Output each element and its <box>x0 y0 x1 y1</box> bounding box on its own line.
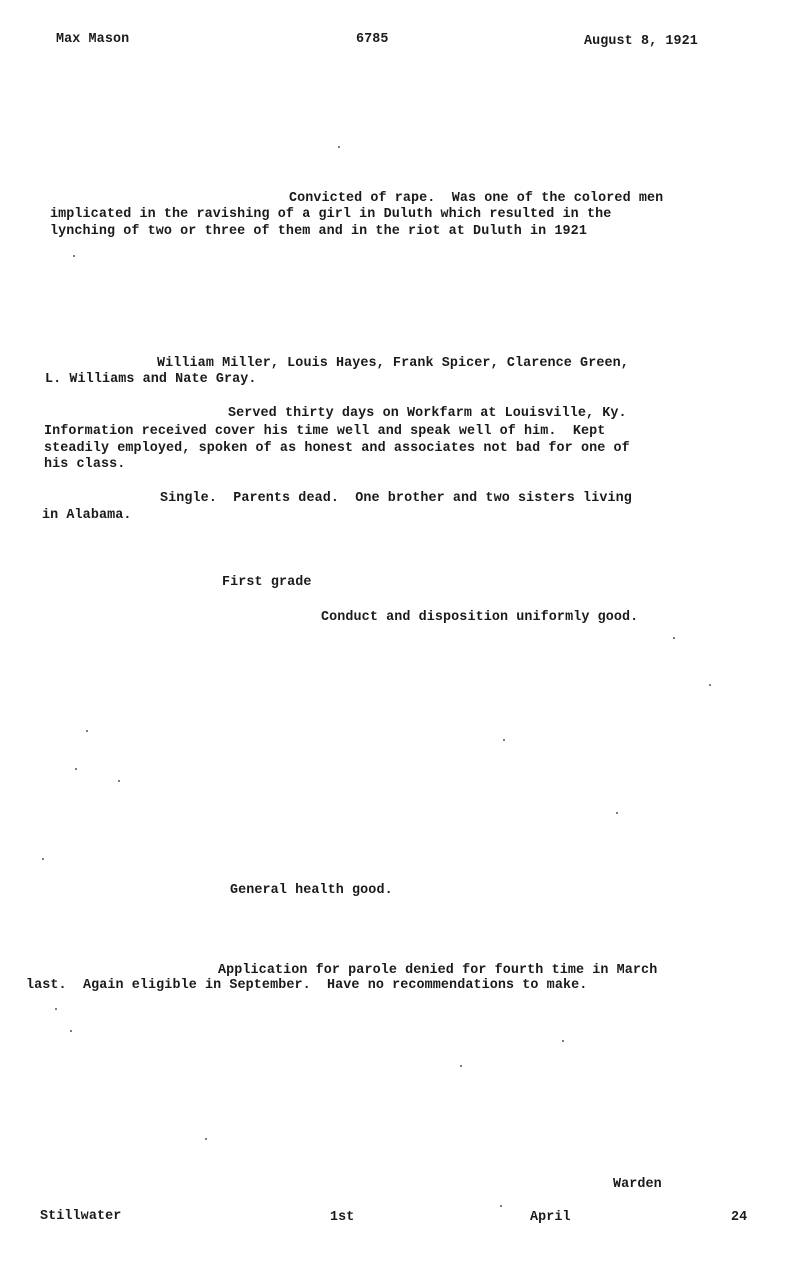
inmate-name: Max Mason <box>56 31 129 48</box>
record-line-4: his class. <box>44 456 125 473</box>
scan-speck <box>616 812 618 814</box>
scan-speck <box>70 1030 72 1032</box>
scan-speck <box>55 1008 57 1010</box>
record-line-2: Information received cover his time well… <box>44 423 605 440</box>
scan-speck <box>460 1065 462 1067</box>
parole-line-2: last. Again eligible in September. Have … <box>26 977 587 994</box>
associates-line-1: William Miller, Louis Hayes, Frank Spice… <box>157 355 629 372</box>
record-line-3: steadily employed, spoken of as honest a… <box>44 440 630 457</box>
family-line-2: in Alabama. <box>42 507 132 524</box>
inmate-number: 6785 <box>356 31 389 48</box>
scan-speck <box>673 637 675 639</box>
scan-speck <box>75 768 77 770</box>
family-line-1: Single. Parents dead. One brother and tw… <box>160 490 632 507</box>
footer-year: 24 <box>731 1209 747 1226</box>
report-date: August 8, 1921 <box>584 33 698 50</box>
scan-speck <box>205 1138 207 1140</box>
scan-speck <box>118 780 120 782</box>
record-line-1: Served thirty days on Workfarm at Louisv… <box>228 405 627 422</box>
crime-line-2: implicated in the ravishing of a girl in… <box>50 206 611 223</box>
footer-day: 1st <box>330 1209 354 1226</box>
footer-place: Stillwater <box>40 1208 121 1225</box>
scan-speck <box>73 255 75 257</box>
associates-line-2: L. Williams and Nate Gray. <box>45 371 257 388</box>
document-page: Max Mason 6785 August 8, 1921 Convicted … <box>0 0 800 1263</box>
crime-line-3: lynching of two or three of them and in … <box>50 223 587 240</box>
health-text: General health good. <box>230 882 393 899</box>
footer-month: April <box>530 1209 571 1226</box>
crime-line-1: Convicted of rape. Was one of the colore… <box>289 190 663 207</box>
scan-speck <box>503 739 505 741</box>
scan-speck <box>500 1205 502 1207</box>
scan-speck <box>338 146 340 148</box>
scan-speck <box>86 730 88 732</box>
scan-speck <box>562 1040 564 1042</box>
scan-speck <box>709 684 711 686</box>
scan-speck <box>42 858 44 860</box>
grade-text: First grade <box>222 574 312 591</box>
warden-title: Warden <box>613 1176 662 1193</box>
conduct-text: Conduct and disposition uniformly good. <box>321 609 638 626</box>
